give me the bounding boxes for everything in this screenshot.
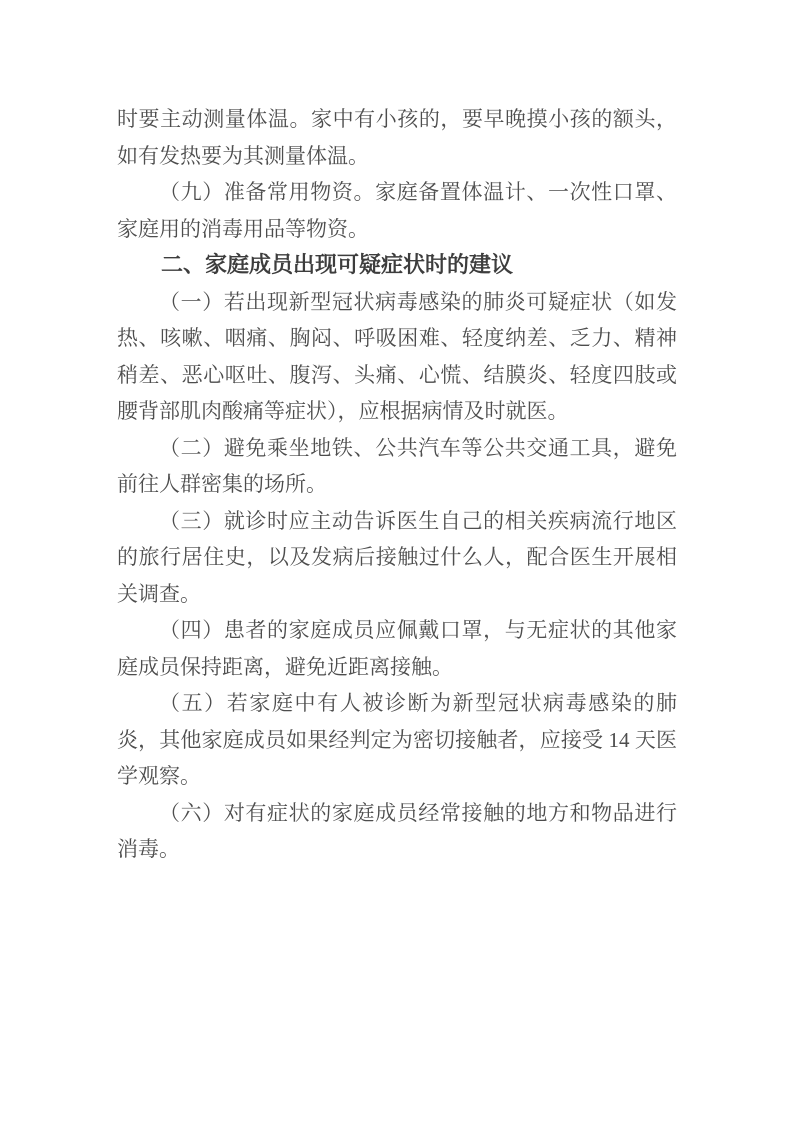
paragraph-item-3: （三）就诊时应主动告诉医生自己的相关疾病流行地区的旅行居住史，以及发病后接触过什… <box>117 503 677 613</box>
document-content: 时要主动测量体温。家中有小孩的，要早晚摸小孩的额头，如有发热要为其测量体温。 （… <box>117 101 677 868</box>
paragraph-item-9: （九）准备常用物资。家庭备置体温计、一次性口罩、家庭用的消毒用品等物资。 <box>117 174 677 247</box>
paragraph-item-5: （五）若家庭中有人被诊断为新型冠状病毒感染的肺炎，其他家庭成员如果经判定为密切接… <box>117 685 677 795</box>
document-page: 时要主动测量体温。家中有小孩的，要早晚摸小孩的额头，如有发热要为其测量体温。 （… <box>0 0 793 1122</box>
paragraph-item-6: （六）对有症状的家庭成员经常接触的地方和物品进行消毒。 <box>117 795 677 868</box>
section-heading: 二、家庭成员出现可疑症状时的建议 <box>117 247 677 284</box>
paragraph-continuation: 时要主动测量体温。家中有小孩的，要早晚摸小孩的额头，如有发热要为其测量体温。 <box>117 101 677 174</box>
paragraph-item-2: （二）避免乘坐地铁、公共汽车等公共交通工具，避免前往人群密集的场所。 <box>117 430 677 503</box>
paragraph-item-4: （四）患者的家庭成员应佩戴口罩，与无症状的其他家庭成员保持距离，避免近距离接触。 <box>117 612 677 685</box>
paragraph-item-1: （一）若出现新型冠状病毒感染的肺炎可疑症状（如发热、咳嗽、咽痛、胸闷、呼吸困难、… <box>117 284 677 430</box>
